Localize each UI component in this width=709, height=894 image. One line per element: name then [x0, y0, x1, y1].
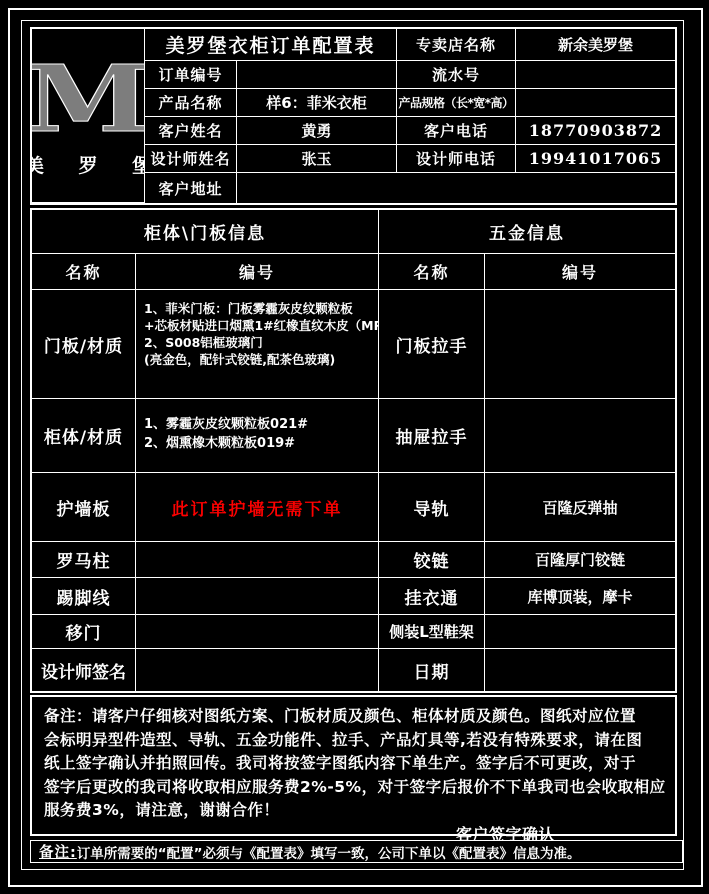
customer-address-value — [237, 173, 675, 203]
brand-logo-icon: M — [32, 53, 145, 145]
notes-box: 备注：请客户仔细核对图纸方案、门板材质及颜色、柜体材质及颜色。图纸对应位置 会标… — [30, 695, 677, 836]
product-name-value: 样6：菲米衣柜 — [237, 89, 397, 117]
product-spec-value — [516, 89, 675, 117]
date-label: 日期 — [379, 649, 485, 691]
designer-phone-label: 设计师电话 — [397, 145, 516, 173]
door-material-line: (亮金色，配针式铰链,配茶色玻璃) — [144, 351, 335, 368]
designer-phone-value: 19941017065 — [516, 145, 675, 173]
skirting-value — [136, 578, 379, 615]
roman-column-value — [136, 542, 379, 578]
hinge-value: 百隆厚门铰链 — [485, 542, 675, 578]
customer-name-value: 黄勇 — [237, 117, 397, 145]
door-material-line: 2、S008铝框玻璃门 — [144, 334, 263, 351]
designer-name-value: 张玉 — [237, 145, 397, 173]
header-table: M 美 罗 堡 美罗堡衣柜订单配置表 专卖店名称 新余美罗堡 订单编号 流水号 … — [30, 27, 677, 205]
cabinet-material-line: 2、烟熏橡木颗粒板019# — [144, 434, 295, 453]
store-name-value: 新余美罗堡 — [516, 29, 675, 61]
hanging-rod-value: 库博顶装，摩卡 — [485, 578, 675, 615]
footer-note-text: 订单所需要的“配置”必须与《配置表》填写一致，公司下单以《配置表》信息为准。 — [77, 842, 581, 862]
product-spec-label: 产品规格（长*宽*高） — [397, 89, 516, 117]
store-name-label: 专卖店名称 — [397, 29, 516, 61]
wall-panel-label: 护墙板 — [32, 473, 136, 542]
customer-name-label: 客户姓名 — [145, 117, 237, 145]
door-material-label: 门板/材质 — [32, 290, 136, 399]
wall-panel-warning: 此订单护墙无需下单 — [136, 473, 379, 542]
notes-text: 备注：请客户仔细核对图纸方案、门板材质及颜色、柜体材质及颜色。图纸对应位置 会标… — [32, 697, 675, 846]
cabinet-material-line: 1、雾霾灰皮纹颗粒板021# — [144, 415, 308, 434]
door-material-line: 1、菲米门板：门板雾霾灰皮纹颗粒板 — [144, 300, 353, 317]
door-material-value: 1、菲米门板：门板雾霾灰皮纹颗粒板 +芯板材贴进口烟熏1#红橡直纹木皮（MP08… — [136, 290, 379, 399]
designer-signature-value — [136, 649, 379, 691]
col-header-code-right: 编号 — [485, 254, 675, 290]
sliding-door-label: 移门 — [32, 615, 136, 649]
cabinet-material-value: 1、雾霾灰皮纹颗粒板021# 2、烟熏橡木颗粒板019# — [136, 399, 379, 473]
shoe-rack-value — [485, 615, 675, 649]
shoe-rack-label: 侧装L型鞋架 — [379, 615, 485, 649]
order-no-label: 订单编号 — [145, 61, 237, 89]
hanging-rod-label: 挂衣通 — [379, 578, 485, 615]
rail-value: 百隆反弹抽 — [485, 473, 675, 542]
brand-name: 美 罗 堡 — [32, 151, 145, 178]
designer-signature-label: 设计师签名 — [32, 649, 136, 691]
serial-no-value — [516, 61, 675, 89]
hinge-label: 铰链 — [379, 542, 485, 578]
customer-address-label: 客户地址 — [145, 173, 237, 203]
rail-label: 导轨 — [379, 473, 485, 542]
section-title-cabinet-door: 柜体\门板信息 — [32, 210, 379, 254]
form-title: 美罗堡衣柜订单配置表 — [145, 29, 397, 61]
drawer-handle-label: 抽屉拉手 — [379, 399, 485, 473]
door-material-line: +芯板材贴进口烟熏1#红橡直纹木皮（MP086） — [144, 317, 379, 334]
cabinet-material-label: 柜体/材质 — [32, 399, 136, 473]
notes-line: 服务费3%，请注意，谢谢合作！ — [44, 799, 665, 823]
door-handle-value — [485, 290, 675, 399]
date-value — [485, 649, 675, 691]
designer-name-label: 设计师姓名 — [145, 145, 237, 173]
product-name-label: 产品名称 — [145, 89, 237, 117]
customer-phone-label: 客户电话 — [397, 117, 516, 145]
order-form-page: { "logo": { "mark": "M", "caption": "美 罗… — [0, 0, 709, 894]
col-header-code-left: 编号 — [136, 254, 379, 290]
config-table: 柜体\门板信息 五金信息 名称 编号 名称 编号 门板/材质 1、菲米门板：门板… — [30, 208, 677, 693]
roman-column-label: 罗马柱 — [32, 542, 136, 578]
col-header-name-left: 名称 — [32, 254, 136, 290]
notes-line: 签字后更改的我司将收取相应服务费2%-5%，对于签字后报价不下单我司也会收取相应 — [44, 776, 665, 800]
footer-note: 备注:订单所需要的“配置”必须与《配置表》填写一致，公司下单以《配置表》信息为准… — [30, 840, 683, 863]
footer-note-prefix: 备注: — [39, 841, 77, 862]
serial-no-label: 流水号 — [397, 61, 516, 89]
notes-line: 会标明异型件造型、导轨、五金功能件、拉手、产品灯具等,若没有特殊要求，请在图 — [44, 729, 665, 753]
order-no-value — [237, 61, 397, 89]
door-handle-label: 门板拉手 — [379, 290, 485, 399]
brand-logo-cell: M 美 罗 堡 — [32, 29, 145, 203]
notes-line: 备注：请客户仔细核对图纸方案、门板材质及颜色、柜体材质及颜色。图纸对应位置 — [44, 705, 665, 729]
notes-line: 纸上签字确认并拍照回传。我司将按签字图纸内容下单生产。签字后不可更改，对于 — [44, 752, 665, 776]
col-header-name-right: 名称 — [379, 254, 485, 290]
skirting-label: 踢脚线 — [32, 578, 136, 615]
sliding-door-value — [136, 615, 379, 649]
customer-phone-value: 18770903872 — [516, 117, 675, 145]
drawer-handle-value — [485, 399, 675, 473]
section-title-hardware: 五金信息 — [379, 210, 675, 254]
